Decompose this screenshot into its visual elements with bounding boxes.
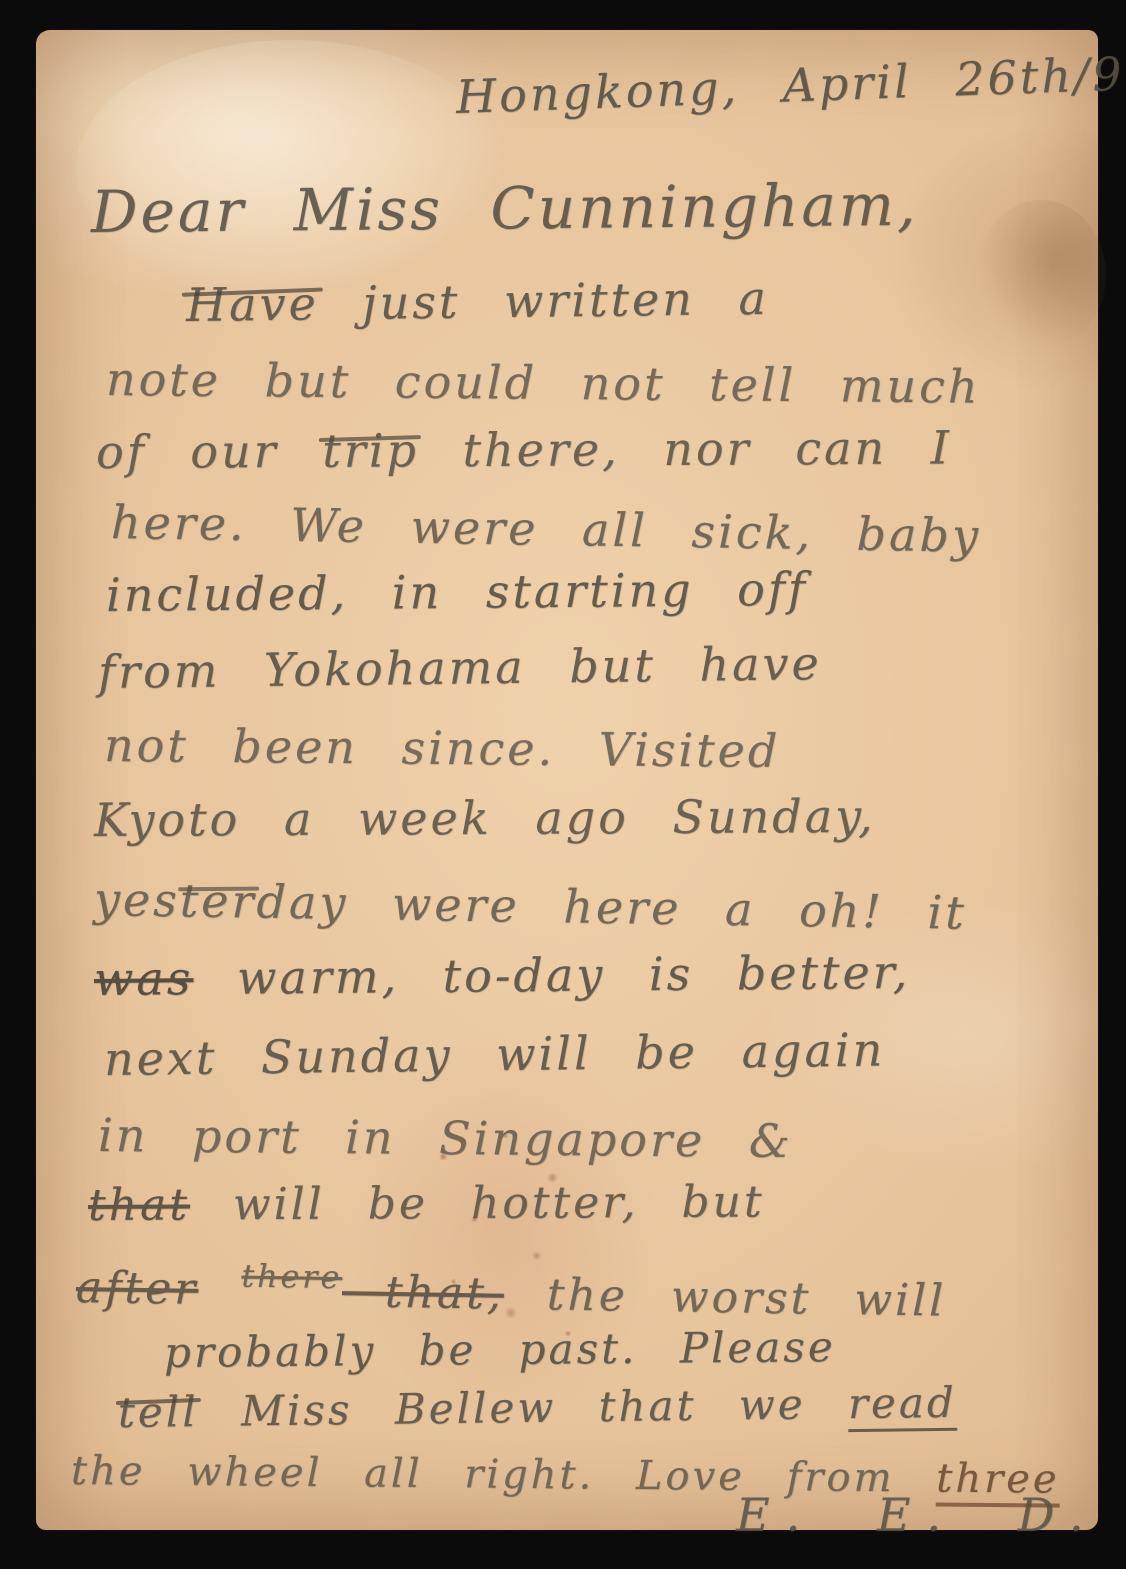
- handwriting-text: in port in Singapore &: [98, 1108, 793, 1168]
- letter-line: not been since. Visited: [104, 718, 781, 778]
- letter-line: of our trip there, nor can I: [96, 421, 952, 479]
- letter-line: here. We were all sick, baby: [111, 495, 982, 563]
- photo-background: { "scene": { "background_color": "#0b0b0…: [0, 0, 1126, 1569]
- letter-line: probably be past. Please: [164, 1322, 836, 1377]
- signature: E. E. D.: [736, 1488, 1100, 1542]
- dateline: Hongkong, April 26th/97: [455, 46, 1126, 124]
- letter-line: yesterday were here a oh! it: [94, 872, 968, 940]
- letter-line: note but could not tell much: [106, 352, 981, 414]
- struck-text: that,: [342, 1266, 505, 1320]
- postcard: Hongkong, April 26th/97 Dear Miss Cunnin…: [36, 30, 1098, 1530]
- handwriting-text: yes: [94, 872, 181, 927]
- letter-line: in port in Singapore &: [98, 1108, 793, 1168]
- overbarred-text: trip: [322, 423, 419, 478]
- handwriting-text: probably be past. Please: [164, 1322, 836, 1377]
- underlined-text: read: [848, 1378, 957, 1432]
- letter-line: Kyoto a week ago Sunday,: [94, 789, 876, 847]
- handwriting-text: of our: [96, 424, 323, 479]
- letter-line: tell Miss Bellew that we read: [118, 1378, 957, 1437]
- handwriting-text: day were here a oh! it: [256, 875, 967, 940]
- smudge-stain: [976, 200, 1106, 350]
- handwriting-text: next Sunday will be again: [104, 1022, 886, 1086]
- overbarred-text: Have: [186, 276, 319, 332]
- handwriting-text: there, nor can I: [419, 421, 952, 478]
- overbarred-text: tell: [118, 1387, 199, 1437]
- letter-line: next Sunday will be again: [104, 1022, 886, 1086]
- struck-text: after: [76, 1262, 199, 1315]
- overbarred-text: ter: [179, 873, 257, 928]
- inserted-struck-text: there: [241, 1258, 342, 1296]
- handwriting-text: from Yokohama but have: [98, 636, 822, 699]
- handwriting-text: Kyoto a week ago Sunday,: [94, 789, 876, 847]
- letter-line: after there that, the worst will: [76, 1262, 947, 1327]
- handwriting-text: included, in starting off: [106, 562, 808, 622]
- salutation: Dear Miss Cunningham,: [91, 171, 919, 246]
- handwriting-text: Miss Bellew that we: [198, 1379, 848, 1436]
- handwriting-text: just written a: [318, 271, 769, 330]
- handwriting-text: the worst will: [503, 1269, 946, 1327]
- struck-text: that: [88, 1179, 190, 1231]
- handwriting-text: note but could not tell much: [106, 352, 981, 414]
- handwriting-text: [198, 1264, 242, 1316]
- letter-line: was warm, to-day is better,: [94, 945, 911, 1006]
- letter-line: that will be hotter, but: [88, 1176, 765, 1231]
- handwriting-text: here. We were all sick, baby: [111, 495, 982, 563]
- struck-text: was: [94, 951, 194, 1006]
- letter-line: from Yokohama but have: [98, 636, 822, 699]
- handwriting-text: not been since. Visited: [104, 718, 781, 778]
- letter-line: included, in starting off: [106, 562, 808, 622]
- handwriting-text: will be hotter, but: [190, 1176, 765, 1230]
- letter-line: Have just written a: [186, 271, 770, 332]
- worn-patch: [76, 40, 506, 300]
- handwriting-text: warm, to-day is better,: [193, 945, 910, 1005]
